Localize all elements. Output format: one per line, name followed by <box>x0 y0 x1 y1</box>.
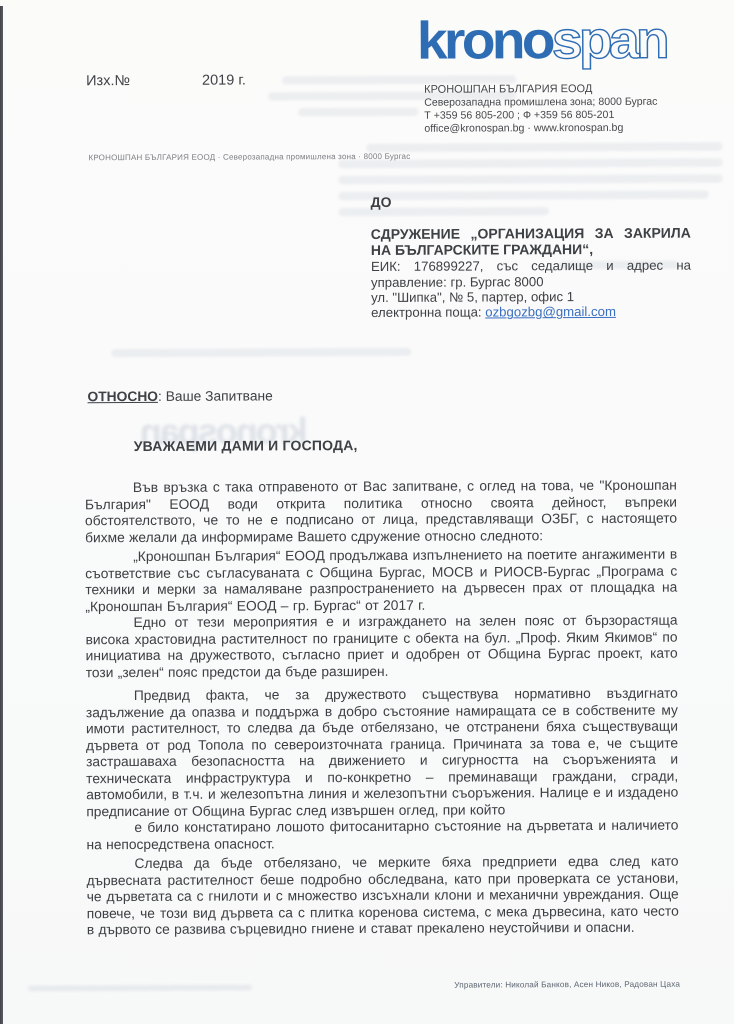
reference-year: 2019 г. <box>202 73 246 89</box>
bleed-through-line <box>339 174 723 184</box>
company-name: КРОНОШПАН БЪЛГАРИЯ ЕООД <box>424 83 657 97</box>
bleed-through-line <box>28 985 252 992</box>
recipient-email-link[interactable]: ozbgozbg@gmail.com <box>485 304 616 320</box>
letter-body: Във връзка с така отправеното от Вас зап… <box>85 478 679 939</box>
to-label: ДО <box>371 193 691 210</box>
recipient-street-line: ул. "Шипка", № 5, партер, офис 1 <box>371 289 691 306</box>
recipient-eik-line: ЕИК: 176899227, със седалище и адрес на … <box>371 258 691 290</box>
bleed-through-line <box>111 348 411 357</box>
body-paragraph: „Кроношпан България“ ЕООД продължава изп… <box>85 547 677 616</box>
bleed-through-line <box>298 108 418 117</box>
email-label: електронна поща: <box>371 305 485 320</box>
reference-row: Изх.№ 2019 г. <box>86 73 246 90</box>
recipient-name: СДРУЖЕНИЕ „ОРГАНИЗАЦИЯ ЗА ЗАКРИЛА НА БЪЛ… <box>371 226 691 259</box>
kronospan-logo: kronospan <box>417 13 666 69</box>
letter-content: kronospan Изх.№ 2019 г. kronospan КРОНОШ… <box>0 0 734 1024</box>
body-paragraph: Във връзка с така отправеното от Вас зап… <box>85 478 677 547</box>
body-paragraph: Следва да бъде отбелязано, че мерките бя… <box>86 854 678 939</box>
body-paragraph: е било констатирано лошото фитосанитарно… <box>86 818 678 854</box>
scanned-letter-page: kronospan Изх.№ 2019 г. kronospan КРОНОШ… <box>0 0 734 1024</box>
recipient-email-line: електронна поща: ozbgozbg@gmail.com <box>371 304 691 321</box>
company-address: Северозападна промишлена зона; 8000 Бург… <box>424 96 657 110</box>
company-phones: Т +359 56 805-200 ; Ф +359 56 805-201 <box>424 109 657 123</box>
recipient-block: ДО СДРУЖЕНИЕ „ОРГАНИЗАЦИЯ ЗА ЗАКРИЛА НА … <box>371 193 692 321</box>
company-web: office@kronospan.bg · www.kronospan.bg <box>424 122 657 136</box>
logo-span: span <box>552 10 666 69</box>
subject-label: ОТНОСНО <box>87 389 158 404</box>
bleed-through-line <box>366 142 722 152</box>
company-contact-block: КРОНОШПАН БЪЛГАРИЯ ЕООД Северозападна пр… <box>424 83 657 136</box>
body-paragraph: Едно от тези мероприятия е и изгражданет… <box>85 613 677 682</box>
logo-krono: krono <box>417 11 552 71</box>
managers-footer-line: Управители: Николай Банков, Асен Ников, … <box>454 980 680 990</box>
salutation: УВАЖАЕМИ ДАМИ И ГОСПОДА, <box>134 437 358 454</box>
subject-line: ОТНОСНО: Ваше Запитване <box>87 388 272 404</box>
body-paragraph: Предвид факта, че за дружеството съществ… <box>86 686 679 821</box>
outgoing-number-label: Изх.№ <box>86 73 130 89</box>
letterhead-mini-line: КРОНОШПАН БЪЛГАРИЯ ЕООД · Северозападна … <box>88 152 410 162</box>
subject-value: : Ваше Запитване <box>158 388 273 404</box>
